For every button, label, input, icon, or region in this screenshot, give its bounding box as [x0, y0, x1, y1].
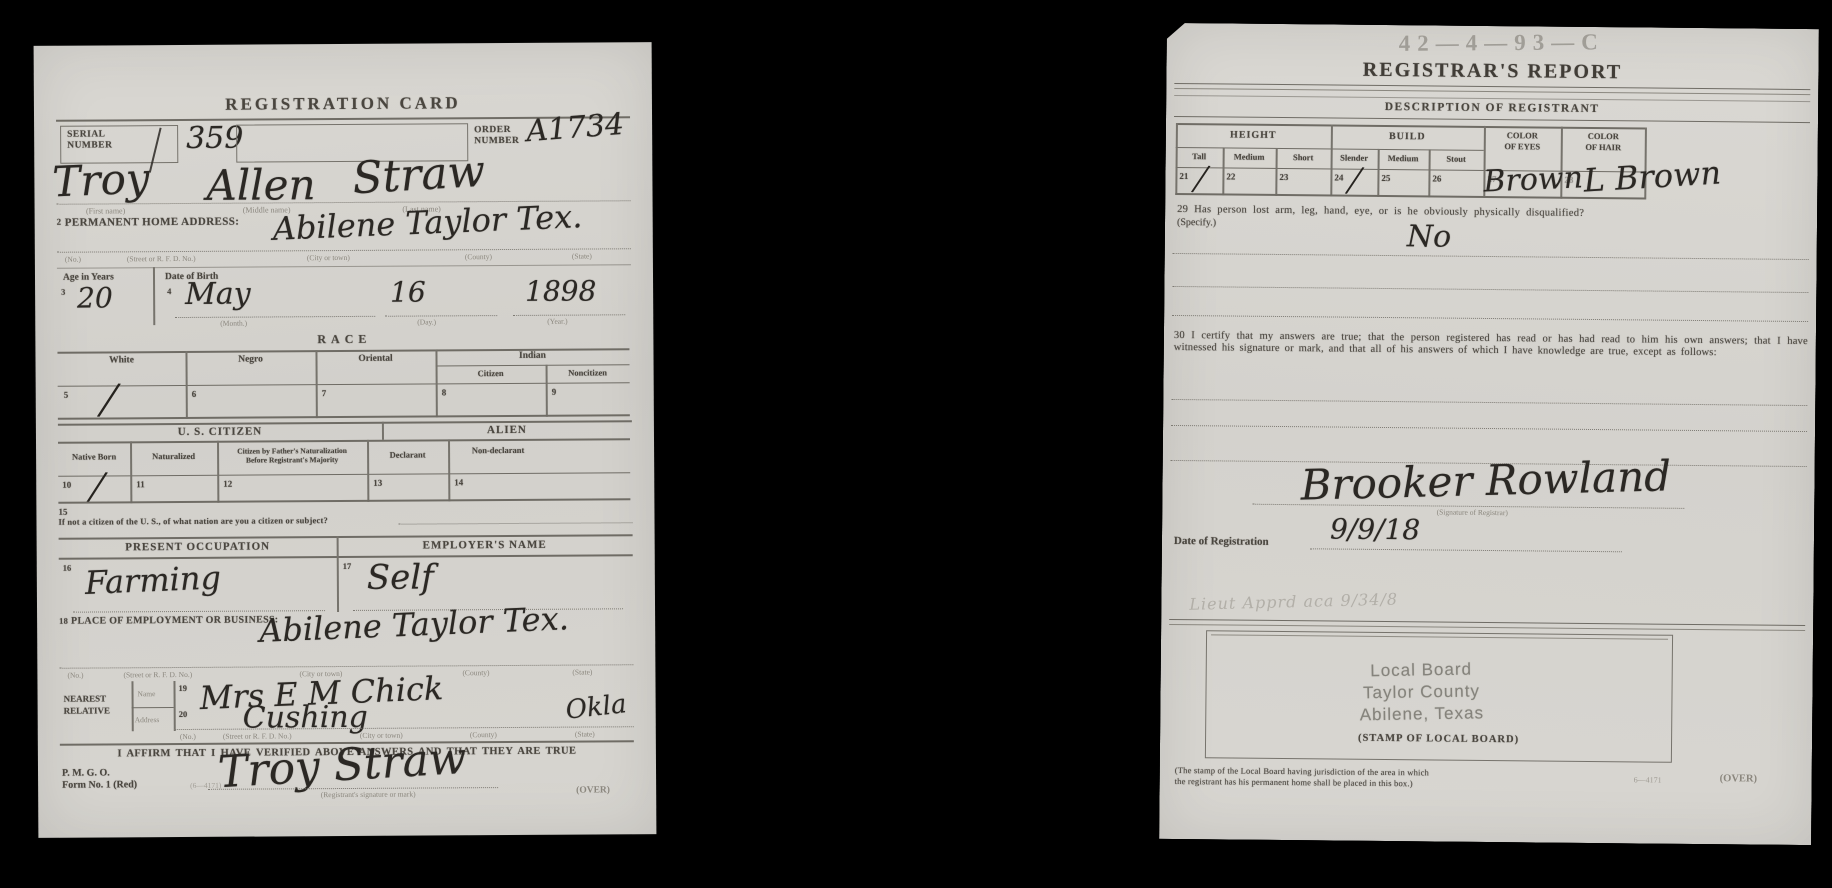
- q18-label-text: PLACE OF EMPLOYMENT OR BUSINESS:: [71, 614, 278, 626]
- employer-value: Self: [367, 557, 434, 597]
- addr-sublabel-county: (County): [462, 668, 489, 677]
- table-line: [1428, 149, 1430, 197]
- q15-number: 15: [58, 507, 67, 517]
- dotted-line: [175, 316, 375, 318]
- registrars-report-back: 42—4—93—C REGISTRAR'S REPORT DESCRIPTION…: [1159, 23, 1819, 845]
- table-line: [436, 364, 630, 366]
- relative-name-label: Name: [138, 689, 156, 698]
- local-board-stamp: Local Board Taylor County Abilene, Texas: [1226, 656, 1617, 728]
- citizen-num-14: 14: [454, 477, 463, 487]
- citizen-col-native-born: Native Born: [58, 451, 130, 461]
- dob-month-value: May: [185, 277, 251, 312]
- addr-sublabel-no: (No.): [65, 255, 81, 264]
- dotted-line: [59, 664, 633, 669]
- employer-header: EMPLOYER'S NAME: [337, 538, 633, 552]
- q19-number: 19: [178, 683, 187, 693]
- name-first-handwriting: Troy: [51, 154, 150, 207]
- race-col-oriental: Oriental: [315, 353, 435, 364]
- q30-certify-text: 30 I certify that my answers are true; t…: [1174, 330, 1808, 359]
- table-line: [1377, 149, 1379, 197]
- slender-checkmark: ╱: [1346, 166, 1364, 195]
- hair-header-line1: COLOR: [1561, 131, 1646, 143]
- table-line: [132, 707, 174, 708]
- relative-state-value: Okla: [564, 689, 628, 726]
- table-line: [58, 438, 630, 443]
- race-num-9: 9: [552, 387, 557, 397]
- eyes-header-line1: COLOR: [1484, 130, 1561, 142]
- over-label: (OVER): [1720, 773, 1757, 784]
- nearest-relative-label: NEAREST RELATIVE: [64, 693, 111, 717]
- first-name-label: (First name): [56, 206, 156, 216]
- table-line: [382, 422, 384, 440]
- rule: [57, 264, 631, 269]
- age-number: 3: [61, 287, 65, 297]
- race-col-indian-noncitizen: Noncitizen: [546, 367, 630, 378]
- addr-sublabel-state: (State): [572, 251, 592, 260]
- table-line: [173, 681, 175, 731]
- height-col-tall: Tall: [1176, 151, 1223, 161]
- addr-sublabel-street: (Street or R. F. D. No.): [123, 670, 192, 679]
- card-title: REGISTRAR'S REPORT: [1166, 57, 1818, 86]
- addr-sublabel-street: (Street or R. F. D. No.): [127, 254, 196, 263]
- relative-address-label: Address: [135, 715, 160, 724]
- height-num-23: 23: [1279, 172, 1288, 182]
- race-col-indian-citizen: Citizen: [436, 368, 546, 379]
- nearest-relative-line1: NEAREST: [64, 693, 110, 705]
- build-header: BUILD: [1331, 130, 1484, 142]
- race-num-7: 7: [322, 388, 327, 398]
- addr-sublabel-no: (No.): [180, 732, 196, 741]
- nearest-relative-line2: RELATIVE: [64, 705, 110, 717]
- addr-sublabel-state: (State): [572, 667, 592, 676]
- build-col-medium: Medium: [1378, 153, 1429, 163]
- citizen-num-12: 12: [223, 479, 232, 489]
- q2-number: 2: [57, 217, 62, 227]
- race-table: White Negro Oriental Indian Citizen Nonc…: [57, 348, 631, 420]
- over-label: (OVER): [576, 785, 610, 795]
- pmgo-line1: P. M. G. O.: [62, 767, 110, 778]
- employment-place-value: Abilene Taylor Tex.: [258, 599, 569, 650]
- height-num-22: 22: [1226, 171, 1235, 181]
- eyes-header-line2: OF EYES: [1484, 141, 1561, 153]
- dob-sublabel-day: (Day.): [417, 317, 436, 326]
- citizen-col-declarant: Declarant: [367, 449, 448, 459]
- dob-sublabel-year: (Year.): [547, 317, 567, 326]
- eyes-header: COLOR OF EYES: [1484, 130, 1561, 153]
- age-value: 20: [77, 281, 113, 314]
- scan-background: REGISTRATION CARD SERIAL NUMBER 359 ORDE…: [0, 0, 1832, 888]
- build-num-24: 24: [1334, 173, 1343, 183]
- q29-specify-label: (Specify.): [1177, 217, 1216, 228]
- table-line: [546, 365, 548, 417]
- height-col-medium: Medium: [1223, 151, 1276, 162]
- tall-checkmark: ╱: [1192, 164, 1210, 193]
- q18-number: 18: [59, 616, 68, 626]
- pmgo-line2: Form No. 1 (Red): [62, 779, 137, 790]
- eyes-color-value: Brown: [1483, 160, 1584, 199]
- dotted-line: [1172, 315, 1808, 322]
- order-number-value: A1734: [525, 107, 625, 149]
- race-num-5: 5: [64, 390, 69, 400]
- home-address-label: 2 PERMANENT HOME ADDRESS:: [57, 216, 240, 229]
- addr-sublabel-state: (State): [575, 729, 595, 738]
- us-citizen-header: U. S. CITIZEN: [58, 425, 382, 439]
- dotted-line: [1310, 548, 1622, 552]
- table-line: [1275, 148, 1277, 196]
- employment-place-label: 18 PLACE OF EMPLOYMENT OR BUSINESS:: [59, 614, 278, 626]
- race-num-8: 8: [442, 387, 447, 397]
- serial-number-value: 359: [186, 121, 243, 156]
- rule: [1174, 116, 1810, 123]
- hair-header-line2: OF HAIR: [1561, 142, 1646, 154]
- q20-number: 20: [179, 709, 188, 719]
- pencil-note: Lieut Apprd aca 9/34/8: [1189, 589, 1398, 613]
- dotted-line: [513, 314, 625, 316]
- dotted-line: [385, 315, 497, 317]
- double-rule: [1169, 619, 1805, 631]
- height-col-short: Short: [1276, 152, 1331, 163]
- citizen-col-non-declarant: Non-declarant: [448, 445, 548, 456]
- citizen-col-father-line2: Before Registrant's Majority: [217, 455, 367, 465]
- table-line: [58, 472, 630, 476]
- build-num-26: 26: [1432, 173, 1441, 183]
- dotted-line: [399, 522, 633, 524]
- table-line: [1222, 147, 1224, 195]
- race-title: RACE: [35, 330, 653, 349]
- registration-date-value: 9/9/18: [1330, 512, 1420, 546]
- q29-text: 29 Has person lost arm, leg, hand, eye, …: [1177, 204, 1809, 221]
- height-num-21: 21: [1179, 171, 1188, 181]
- build-col-slender: Slender: [1331, 152, 1378, 162]
- rule: [59, 554, 633, 559]
- build-num-25: 25: [1381, 173, 1390, 183]
- table-line: [1176, 123, 1646, 129]
- dotted-line: [1172, 286, 1808, 293]
- hair-header: COLOR OF HAIR: [1561, 131, 1646, 154]
- table-line: [58, 498, 630, 503]
- q16-number: 16: [63, 563, 72, 573]
- table-line: [153, 267, 155, 325]
- race-col-negro: Negro: [185, 354, 315, 365]
- race-white-checkmark: ╱: [98, 383, 119, 420]
- citizen-table: Native Born Naturalized Citizen by Fathe…: [58, 438, 632, 504]
- addr-sublabel-city: (City or town): [307, 253, 350, 262]
- print-code: 6—4171: [1634, 775, 1662, 784]
- q29-answer: No: [1407, 219, 1452, 254]
- registrar-signature: Brooker Rowland: [1300, 451, 1672, 509]
- addr-sublabel-county: (County): [465, 252, 492, 261]
- race-num-6: 6: [192, 389, 197, 399]
- addr-sublabel-street: (Street or R. F. D. No.): [223, 731, 292, 740]
- dob-sublabel-month: (Month.): [220, 319, 247, 328]
- description-header: DESCRIPTION OF REGISTRANT: [1166, 99, 1818, 117]
- native-born-checkmark: ╱: [87, 471, 107, 505]
- alien-header: ALIEN: [382, 423, 632, 437]
- addr-sublabel-no: (No.): [67, 671, 83, 680]
- local-board-stamp-box: Local Board Taylor County Abilene, Texas…: [1205, 630, 1673, 762]
- relative-city-value: Cushing: [243, 700, 368, 736]
- occupation-value: Farming: [84, 558, 222, 602]
- q17-number: 17: [343, 561, 352, 571]
- order-label-line1: ORDER: [474, 125, 519, 137]
- race-col-white: White: [57, 355, 185, 366]
- name-last-handwriting: Straw: [351, 146, 487, 205]
- order-number-label: ORDER NUMBER: [474, 125, 519, 148]
- citizen-col-naturalized: Naturalized: [130, 451, 217, 462]
- dotted-line: [1171, 399, 1807, 406]
- citizen-num-10: 10: [62, 480, 71, 490]
- registration-date-label: Date of Registration: [1174, 535, 1269, 548]
- table-line: [58, 382, 630, 386]
- race-col-indian: Indian: [435, 350, 629, 361]
- hair-color-value: L Brown: [1582, 153, 1722, 199]
- dob-number: 4: [167, 286, 171, 296]
- citizen-num-13: 13: [373, 478, 382, 488]
- dob-year-value: 1898: [525, 274, 596, 307]
- dotted-line: [1171, 425, 1807, 432]
- serial-label-line2: NUMBER: [67, 140, 177, 152]
- stamp-number: 42—4—93—C: [1307, 29, 1697, 58]
- bottom-note-line2: the registrant has his permanent home sh…: [1175, 776, 1413, 788]
- q2-label-text: PERMANENT HOME ADDRESS:: [65, 216, 240, 229]
- occupation-header: PRESENT OCCUPATION: [59, 540, 337, 554]
- dotted-line: [1173, 253, 1809, 260]
- registrant-signature-label: (Registrant's signature or mark): [258, 789, 478, 799]
- height-header: HEIGHT: [1176, 129, 1331, 141]
- inner-rule: [1211, 634, 1668, 639]
- registration-card-front: REGISTRATION CARD SERIAL NUMBER 359 ORDE…: [34, 42, 657, 838]
- citizen-col-father: Citizen by Father's Naturalization Befor…: [217, 446, 367, 466]
- addr-sublabel-county: (County): [470, 730, 497, 739]
- build-col-stout: Stout: [1429, 153, 1484, 164]
- q15-text: If not a citizen of the U. S., of what n…: [58, 515, 327, 527]
- stamp-caption: (STAMP OF LOCAL BOARD): [1206, 731, 1671, 746]
- table-line: [58, 414, 630, 419]
- dob-day-value: 16: [390, 276, 426, 309]
- citizen-num-11: 11: [136, 479, 145, 489]
